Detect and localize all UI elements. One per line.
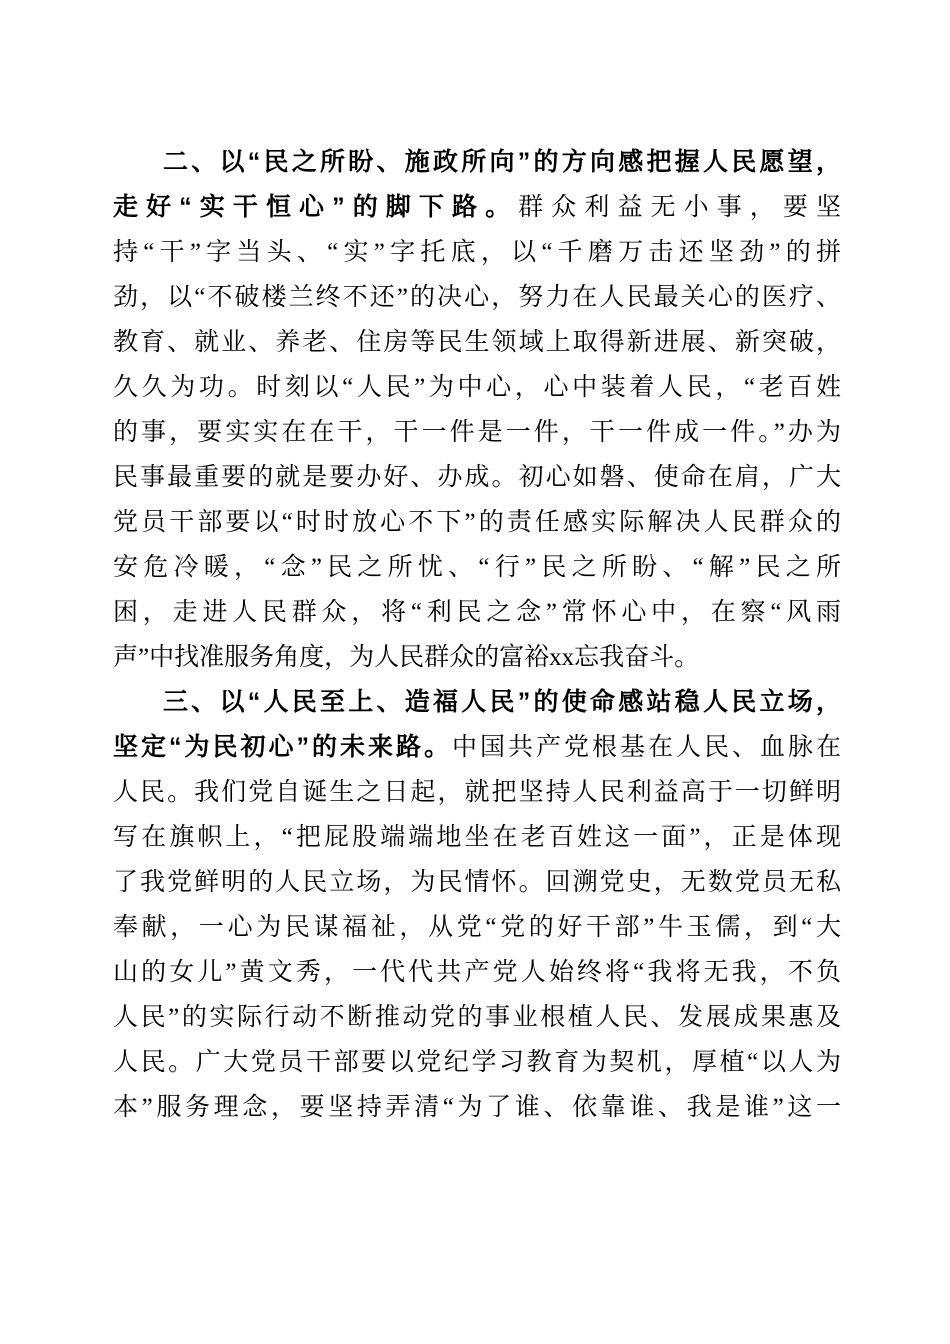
body-text-run: 山的女儿”黄文秀，一代代共产党人始终将“我将无我，不负	[113, 959, 841, 986]
body-text-run: 民事最重要的就是要办好、办成。初心如磐、使命在肩，广大	[113, 464, 841, 491]
text-line: 奉献，一心为民谋福祉，从党“党的好干部”牛玉儒，到“大	[113, 905, 841, 950]
body-text-run: 中国共产党根基在人民、血脉在	[452, 734, 841, 761]
heading-text-run: 三、以“人民至上、造福人民”的使命感站稳人民立场，	[163, 688, 841, 716]
body-text-run: 党员干部要以“时时放心不下”的责任感实际解决人民群众的	[113, 509, 841, 536]
text-line: 劲，以“不破楼兰终不还”的决心，努力在人民最关心的医疗、	[113, 275, 841, 320]
body-text-run: 本”服务理念，要坚持弄清“为了谁、依靠谁、我是谁”这一	[113, 1094, 841, 1121]
text-line: 人民”的实际行动不断推动党的事业根植人民、发展成果惠及	[113, 995, 841, 1040]
body-text-run: 人民”的实际行动不断推动党的事业根植人民、发展成果惠及	[113, 1004, 841, 1031]
text-line: 山的女儿”黄文秀，一代代共产党人始终将“我将无我，不负	[113, 950, 841, 995]
page-text-block: 二、以“民之所盼、施政所向”的方向感把握人民愿望，走好“实干恒心”的脚下路。群众…	[113, 140, 841, 1130]
text-line: 二、以“民之所盼、施政所向”的方向感把握人民愿望，	[113, 140, 841, 185]
body-text-run: 人民。我们党自诞生之日起，就把坚持人民利益高于一切鲜明	[113, 779, 841, 806]
body-text-run: 写在旗帜上，“把屁股端端地坐在老百姓这一面”，正是体现	[113, 824, 841, 851]
document-page: 二、以“民之所盼、施政所向”的方向感把握人民愿望，走好“实干恒心”的脚下路。群众…	[0, 0, 950, 1344]
text-line: 了我党鲜明的人民立场，为民情怀。回溯党史，无数党员无私	[113, 860, 841, 905]
heading-text-run: 走好“实干恒心”的脚下路。	[113, 193, 518, 221]
body-text-run: 声”中找准服务角度，为人民群众的富裕xx忘我奋斗。	[113, 644, 699, 671]
text-line: 三、以“人民至上、造福人民”的使命感站稳人民立场，	[113, 680, 841, 725]
body-text-run: 人民。广大党员干部要以党纪学习教育为契机，厚植“以人为	[113, 1049, 841, 1076]
text-line: 坚定“为民初心”的未来路。中国共产党根基在人民、血脉在	[113, 725, 841, 770]
text-line: 困，走进人民群众，将“利民之念”常怀心中，在察“风雨	[113, 590, 841, 635]
body-text-run: 群众利益无小事，要坚	[518, 194, 841, 221]
body-text-run: 了我党鲜明的人民立场，为民情怀。回溯党史，无数党员无私	[113, 869, 841, 896]
text-line: 的事，要实实在在干，干一件是一件，干一件成一件。”办为	[113, 410, 841, 455]
heading-text-run: 二、以“民之所盼、施政所向”的方向感把握人民愿望，	[163, 148, 841, 176]
heading-text-run: 坚定“为民初心”的未来路。	[113, 733, 452, 761]
body-text-run: 教育、就业、养老、住房等民生领域上取得新进展、新突破，	[113, 329, 841, 356]
text-line: 写在旗帜上，“把屁股端端地坐在老百姓这一面”，正是体现	[113, 815, 841, 860]
text-line: 人民。广大党员干部要以党纪学习教育为契机，厚植“以人为	[113, 1040, 841, 1085]
text-line: 声”中找准服务角度，为人民群众的富裕xx忘我奋斗。	[113, 635, 841, 680]
text-line: 民事最重要的就是要办好、办成。初心如磐、使命在肩，广大	[113, 455, 841, 500]
text-line: 人民。我们党自诞生之日起，就把坚持人民利益高于一切鲜明	[113, 770, 841, 815]
text-line: 久久为功。时刻以“人民”为中心，心中装着人民，“老百姓	[113, 365, 841, 410]
body-text-run: 久久为功。时刻以“人民”为中心，心中装着人民，“老百姓	[113, 374, 841, 401]
body-text-run: 持“干”字当头、“实”字托底，以“千磨万击还坚劲”的拼	[113, 239, 841, 266]
text-line: 持“干”字当头、“实”字托底，以“千磨万击还坚劲”的拼	[113, 230, 841, 275]
body-text-run: 安危冷暖，“念”民之所忧、“行”民之所盼、“解”民之所	[113, 554, 841, 581]
body-text-run: 奉献，一心为民谋福祉，从党“党的好干部”牛玉儒，到“大	[113, 914, 841, 941]
text-line: 教育、就业、养老、住房等民生领域上取得新进展、新突破，	[113, 320, 841, 365]
body-text-run: 困，走进人民群众，将“利民之念”常怀心中，在察“风雨	[113, 599, 841, 626]
text-line: 安危冷暖，“念”民之所忧、“行”民之所盼、“解”民之所	[113, 545, 841, 590]
text-line: 本”服务理念，要坚持弄清“为了谁、依靠谁、我是谁”这一	[113, 1085, 841, 1130]
body-text-run: 劲，以“不破楼兰终不还”的决心，努力在人民最关心的医疗、	[113, 284, 841, 311]
text-line: 党员干部要以“时时放心不下”的责任感实际解决人民群众的	[113, 500, 841, 545]
text-line: 走好“实干恒心”的脚下路。群众利益无小事，要坚	[113, 185, 841, 230]
body-text-run: 的事，要实实在在干，干一件是一件，干一件成一件。”办为	[113, 419, 841, 446]
